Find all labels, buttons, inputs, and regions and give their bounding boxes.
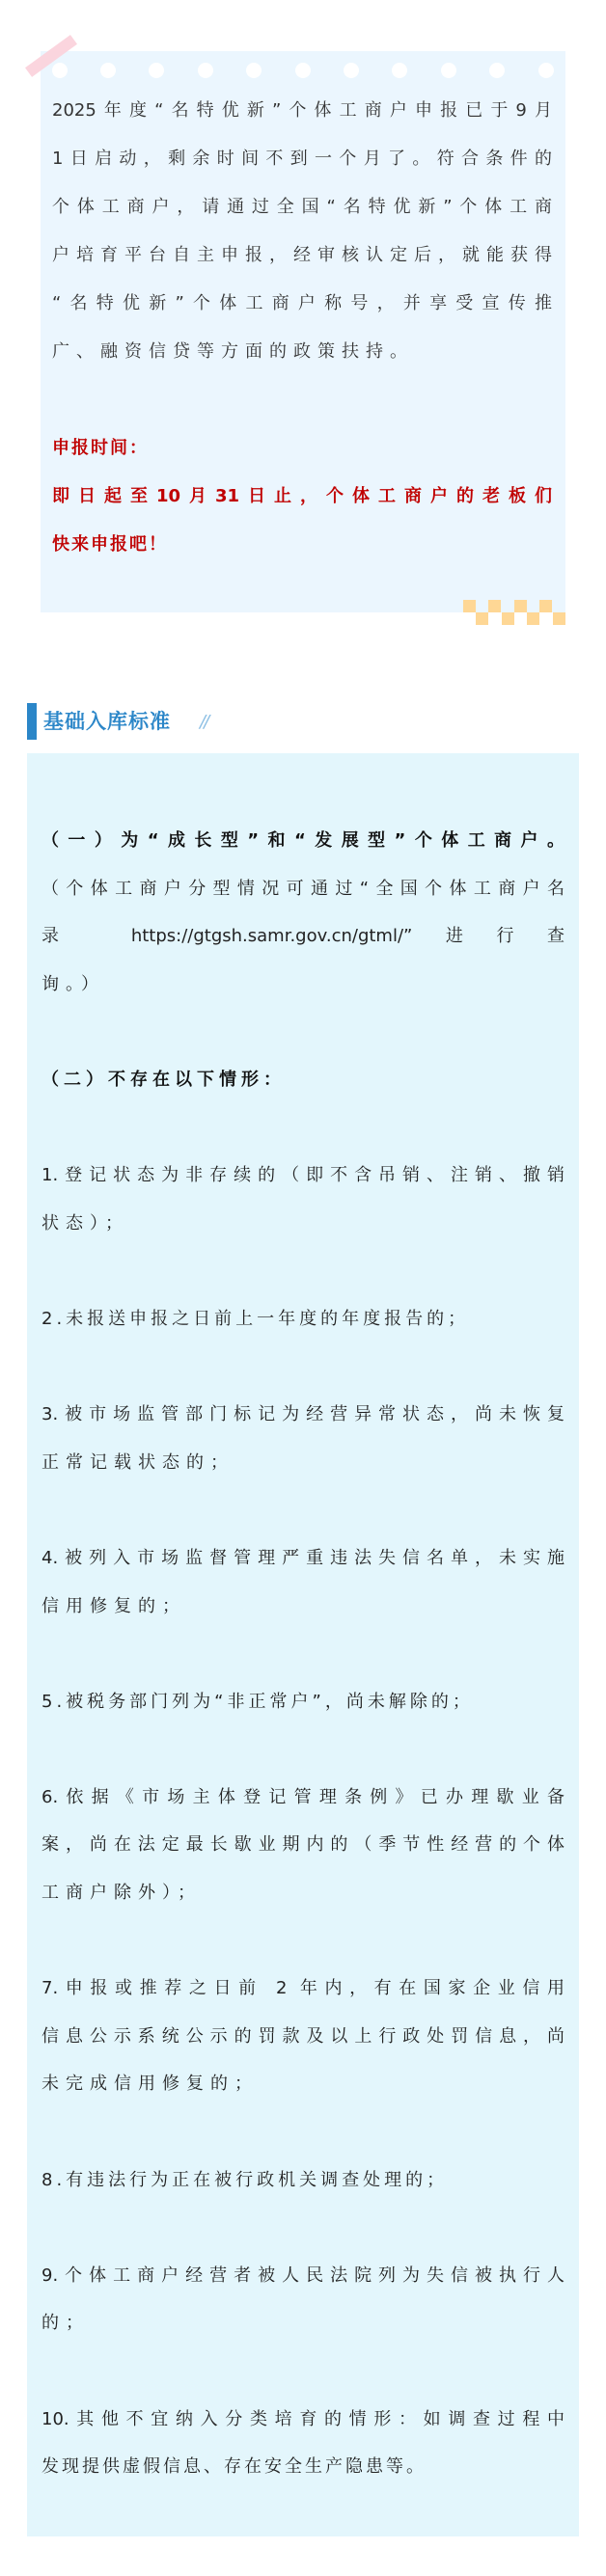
punch-hole-icon — [489, 63, 505, 78]
punch-hole-icon — [441, 63, 456, 78]
intro-paragraph-line: 户培育平台自主申报，经审核认定后，就能获得 — [52, 231, 552, 280]
section-accent-bar — [27, 703, 37, 740]
list-item: 10.其他不宜纳入分类培育的情形：如调查过程中 发现提供虚假信息、存在安全生产隐… — [41, 2396, 565, 2491]
checker-pattern-decoration — [463, 600, 565, 625]
spacer — [41, 1104, 565, 1152]
list-item-line: 正常记载状态的； — [41, 1439, 565, 1487]
punch-hole-icon — [246, 63, 262, 78]
list-item: 3.被市场监管部门标记为经营异常状态，尚未恢复 正常记载状态的； — [41, 1391, 565, 1486]
list-item-line: 信用修复的； — [41, 1583, 565, 1631]
spacer — [41, 1917, 565, 1966]
list-item-line: 发现提供虚假信息、存在安全生产隐患等。 — [41, 2443, 565, 2491]
list-item: 8.有违法行为正在被行政机关调查处理的； — [41, 2156, 565, 2205]
list-item-line: 状态）； — [41, 1200, 565, 1248]
criterion-1-note-line: 询。） — [41, 961, 565, 1009]
list-item-line: 工商户除外）； — [41, 1869, 565, 1917]
deadline-text-line: 快来申报吧！ — [52, 521, 552, 569]
intro-card: 2025年度“名特优新”个体工商户申报已于9月 1日启动，剩余时间不到一个月了。… — [41, 51, 565, 612]
slash-decoration-icon: // — [200, 703, 207, 740]
list-item-line: 6.依据《市场主体登记管理条例》已办理歇业备 — [41, 1774, 565, 1822]
spacer — [41, 2204, 565, 2252]
list-item: 1.登记状态为非存续的（即不含吊销、注销、撤销 状态）； — [41, 1152, 565, 1247]
list-item: 6.依据《市场主体登记管理条例》已办理歇业备 案，尚在法定最长歇业期内的（季节性… — [41, 1774, 565, 1917]
list-item: 5.被税务部门列为“非正常户”，尚未解除的； — [41, 1678, 565, 1726]
spacer — [41, 1486, 565, 1534]
list-item-line: 2.未报送申报之日前上一年度的年度报告的； — [41, 1295, 565, 1343]
intro-text: 2025年度“名特优新”个体工商户申报已于9月 1日启动，剩余时间不到一个月了。… — [52, 87, 552, 569]
list-item-line: 信息公示系统公示的罚款及以上行政处罚信息，尚 — [41, 2013, 565, 2061]
punch-hole-icon — [52, 63, 68, 78]
punch-holes-decoration — [41, 63, 565, 78]
list-item-line: 案，尚在法定最长歇业期内的（季节性经营的个体 — [41, 1821, 565, 1869]
deadline-label: 申报时间： — [52, 424, 552, 473]
punch-hole-icon — [100, 63, 116, 78]
punch-hole-icon — [392, 63, 407, 78]
criteria-text: （一）为“成长型”和“发展型”个体工商户。 （个体工商户分型情况可通过“全国个体… — [41, 817, 565, 2491]
punch-hole-icon — [344, 63, 359, 78]
list-item-line: 8.有违法行为正在被行政机关调查处理的； — [41, 2156, 565, 2205]
list-item-line: 3.被市场监管部门标记为经营异常状态，尚未恢复 — [41, 1391, 565, 1439]
list-item-line: 10.其他不宜纳入分类培育的情形：如调查过程中 — [41, 2396, 565, 2444]
list-item: 7.申报或推荐之日前 2 年内，有在国家企业信用 信息公示系统公示的罚款及以上行… — [41, 1965, 565, 2108]
intro-paragraph-line: 2025年度“名特优新”个体工商户申报已于9月 — [52, 87, 552, 135]
punch-hole-icon — [149, 63, 164, 78]
list-item-line: 4.被列入市场监督管理严重违法失信名单，未实施 — [41, 1534, 565, 1583]
punch-hole-icon — [198, 63, 213, 78]
criterion-1-heading: （一）为“成长型”和“发展型”个体工商户。 — [41, 817, 565, 865]
section-heading: 基础入库标准 // — [27, 703, 413, 740]
spacer — [41, 1008, 565, 1056]
deadline-text-line: 即日起至10月31日止，个体工商户的老板们 — [52, 473, 552, 521]
criteria-card: （一）为“成长型”和“发展型”个体工商户。 （个体工商户分型情况可通过“全国个体… — [27, 753, 579, 2536]
intro-paragraph-line: 广、融资信贷等方面的政策扶持。 — [52, 328, 552, 376]
list-item: 9.个体工商户经营者被人民法院列为失信被执行人 的； — [41, 2252, 565, 2347]
list-item-line: 9.个体工商户经营者被人民法院列为失信被执行人 — [41, 2252, 565, 2300]
spacer — [52, 376, 552, 424]
criterion-2-heading: （二）不存在以下情形： — [41, 1056, 565, 1104]
criterion-1-note-line: （个体工商户分型情况可通过“全国个体工商户名 — [41, 865, 565, 913]
list-item: 2.未报送申报之日前上一年度的年度报告的； — [41, 1295, 565, 1343]
list-item: 4.被列入市场监督管理严重违法失信名单，未实施 信用修复的； — [41, 1534, 565, 1630]
list-item-line: 5.被税务部门列为“非正常户”，尚未解除的； — [41, 1678, 565, 1726]
list-item-line: 7.申报或推荐之日前 2 年内，有在国家企业信用 — [41, 1965, 565, 2013]
list-item-line: 1.登记状态为非存续的（即不含吊销、注销、撤销 — [41, 1152, 565, 1200]
list-item-line: 未完成信用修复的； — [41, 2060, 565, 2108]
spacer — [41, 1247, 565, 1295]
spacer — [41, 1630, 565, 1678]
spacer — [41, 1725, 565, 1774]
spacer — [41, 1343, 565, 1392]
criterion-1-note-line: 录 https://gtgsh.samr.gov.cn/gtml/”进行查 — [41, 912, 565, 961]
intro-paragraph-line: 1日启动，剩余时间不到一个月了。符合条件的 — [52, 135, 552, 183]
list-item-line: 的； — [41, 2299, 565, 2347]
spacer — [41, 2108, 565, 2156]
intro-paragraph-line: 个体工商户，请通过全国“名特优新”个体工商 — [52, 183, 552, 231]
spacer — [41, 2347, 565, 2396]
punch-hole-icon — [295, 63, 311, 78]
intro-paragraph-line: “名特优新”个体工商户称号，并享受宣传推 — [52, 280, 552, 328]
section-title: 基础入库标准 — [43, 703, 171, 740]
punch-hole-icon — [538, 63, 554, 78]
